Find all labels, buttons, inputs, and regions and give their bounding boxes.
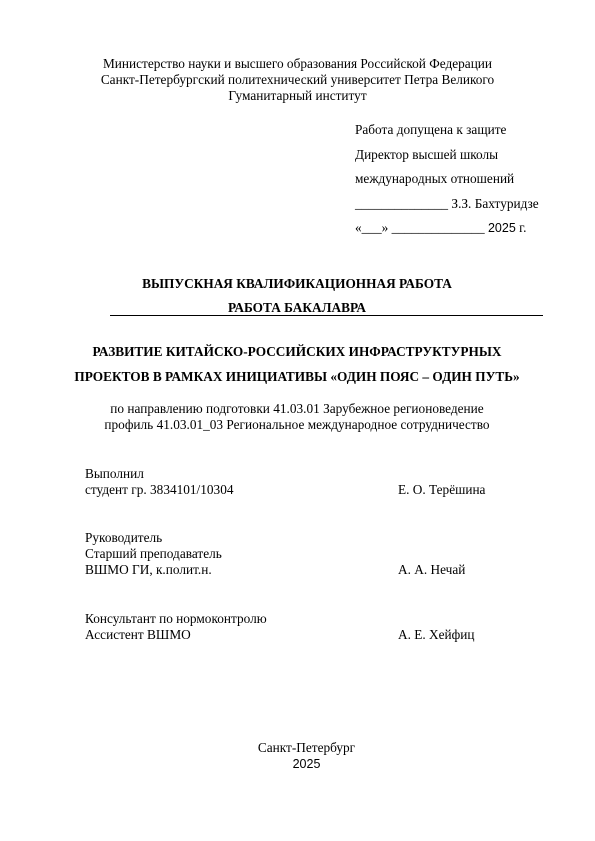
- signature-blank: ______________: [355, 196, 448, 211]
- date-year: 2025: [488, 221, 516, 235]
- direction-line-1: по направлению подготовки 41.03.01 Заруб…: [0, 401, 595, 417]
- approval-block: Работа допущена к защите Директор высшей…: [355, 118, 539, 241]
- director-name: З.З. Бахтуридзе: [451, 196, 538, 211]
- supervisor-name: А. А. Нечай: [398, 562, 465, 578]
- supervisor-position: Старший преподаватель: [85, 546, 222, 561]
- approval-line-2: Директор высшей школы: [355, 143, 539, 168]
- institution-header: Министерство науки и высшего образования…: [0, 56, 595, 104]
- university-name: Санкт-Петербургский политехнический унив…: [0, 72, 595, 88]
- degree-title: РАБОТА БАКАЛАВРА: [0, 300, 595, 316]
- title-underline: [110, 315, 543, 316]
- date-month-blank: ______________: [392, 220, 485, 235]
- supervisor-signature-block: Руководитель Старший преподаватель ВШМО …: [85, 530, 555, 578]
- ministry-name: Министерство науки и высшего образования…: [0, 56, 595, 72]
- date-day-blank: «___»: [355, 220, 388, 235]
- supervisor-role: Руководитель: [85, 530, 162, 545]
- author-position: студент гр. 3834101/10304: [85, 482, 234, 497]
- normcontrol-name: А. Е. Хейфиц: [398, 627, 475, 643]
- footer: Санкт-Петербург 2025: [9, 740, 595, 772]
- direction-line-2: профиль 41.03.01_03 Региональное междуна…: [0, 417, 595, 433]
- approval-line-1: Работа допущена к защите: [355, 118, 539, 143]
- director-signature-row: ______________ З.З. Бахтуридзе: [355, 192, 539, 217]
- footer-year: 2025: [9, 756, 595, 772]
- approval-line-3: международных отношений: [355, 167, 539, 192]
- author-name: Е. О. Терёшина: [398, 482, 485, 498]
- institute-name: Гуманитарный институт: [0, 88, 595, 104]
- author-role: Выполнил: [85, 466, 144, 481]
- supervisor-department: ВШМО ГИ, к.полит.н.: [85, 562, 212, 577]
- topic-line-1: РАЗВИТИЕ КИТАЙСКО-РОССИЙСКИХ ИНФРАСТРУКТ…: [0, 339, 595, 364]
- date-suffix: г.: [519, 220, 526, 235]
- study-direction: по направлению подготовки 41.03.01 Заруб…: [0, 401, 595, 433]
- topic-line-2: ПРОЕКТОВ В РАМКАХ ИНИЦИАТИВЫ «ОДИН ПОЯС …: [0, 364, 595, 389]
- author-signature-block: Выполнил студент гр. 3834101/10304 Е. О.…: [85, 466, 555, 498]
- thesis-topic: РАЗВИТИЕ КИТАЙСКО-РОССИЙСКИХ ИНФРАСТРУКТ…: [0, 339, 595, 389]
- normcontrol-position: Ассистент ВШМО: [85, 627, 191, 642]
- normcontrol-role: Консультант по нормоконтролю: [85, 611, 267, 626]
- approval-date-row: «___» ______________ 2025 г.: [355, 216, 539, 241]
- work-type-title: ВЫПУСКНАЯ КВАЛИФИКАЦИОННАЯ РАБОТА: [0, 276, 595, 292]
- footer-city: Санкт-Петербург: [9, 740, 595, 756]
- normcontrol-signature-block: Консультант по нормоконтролю Ассистент В…: [85, 611, 555, 643]
